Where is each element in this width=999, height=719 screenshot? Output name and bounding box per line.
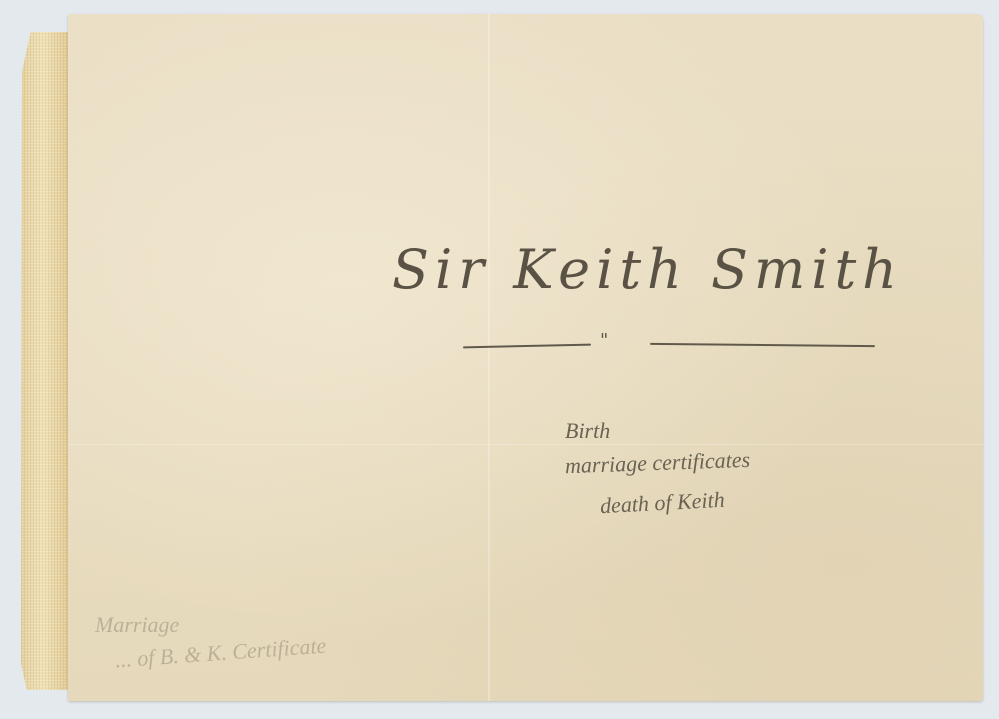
recipient-name: Sir Keith Smith bbox=[392, 238, 903, 301]
envelope bbox=[68, 14, 983, 701]
fold-crease bbox=[488, 14, 490, 701]
tape-strip bbox=[21, 32, 69, 690]
faint-note-line-1: Marriage bbox=[95, 612, 179, 638]
underline-mark: " bbox=[600, 330, 608, 351]
fold-crease bbox=[68, 444, 983, 445]
pencil-note-line-1: Birth bbox=[565, 418, 610, 444]
